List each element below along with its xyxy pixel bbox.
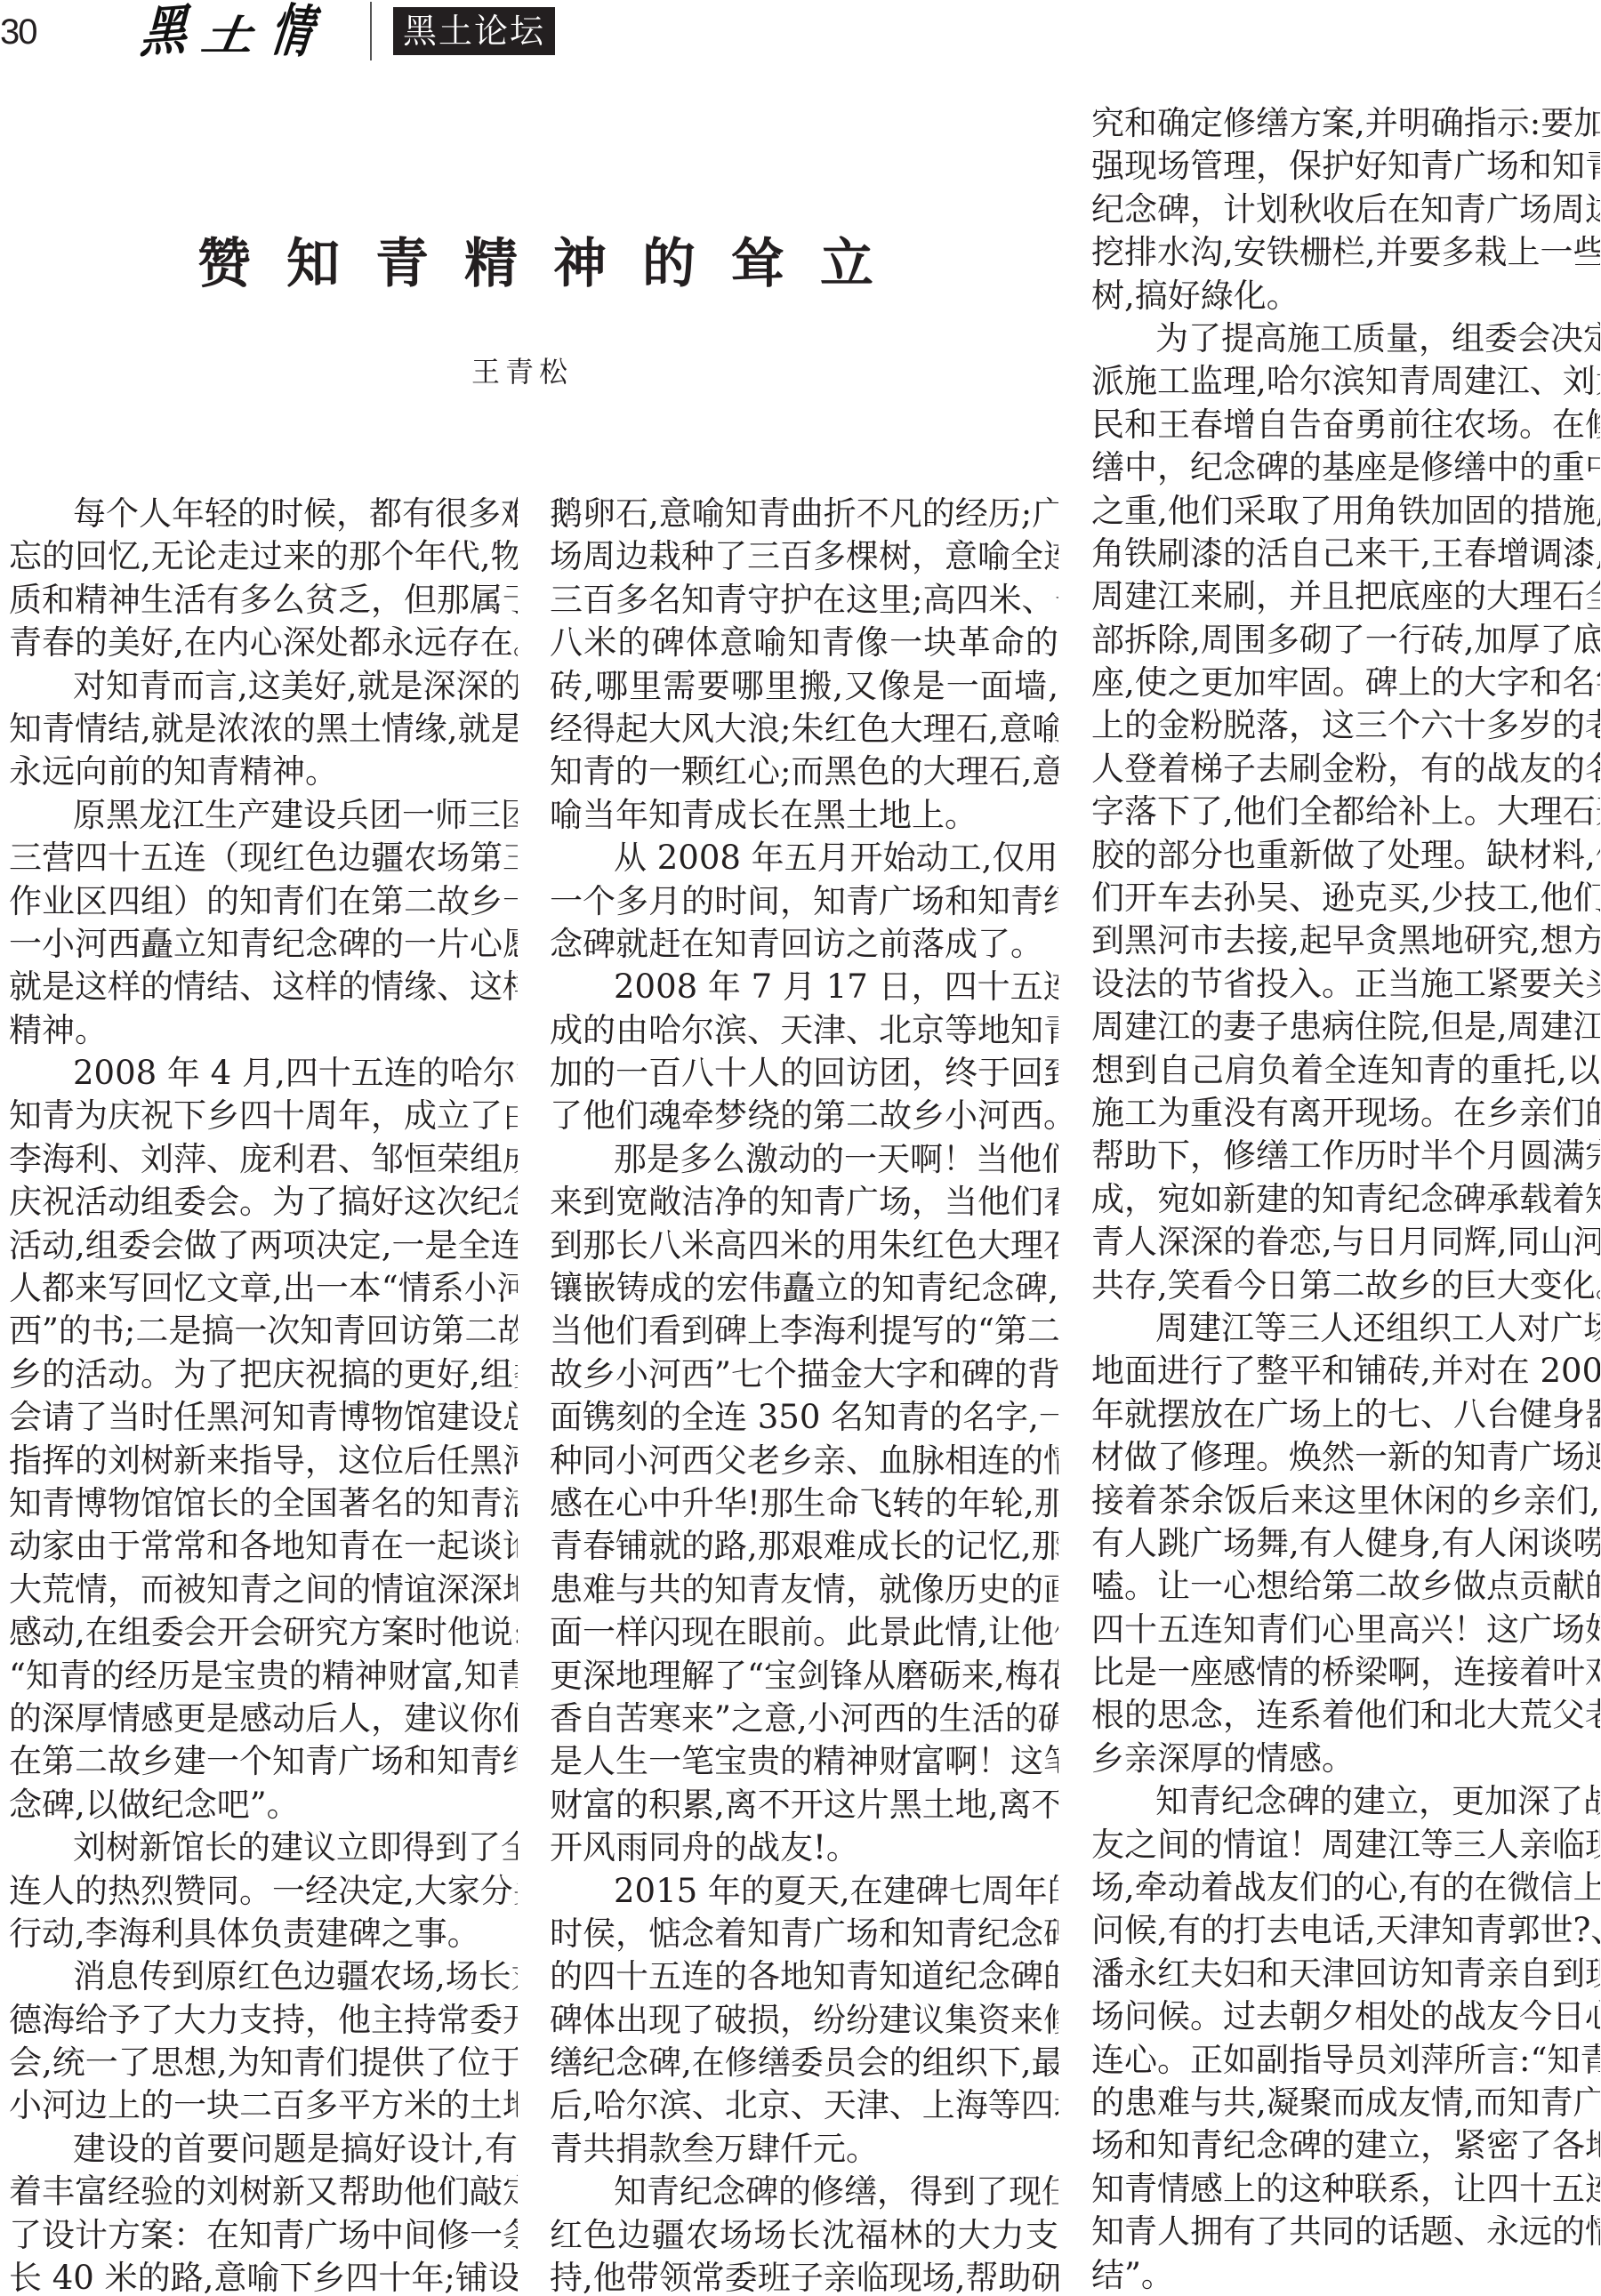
body-column-1: 每个人年轻的时候，都有很多难忘的回忆,无论走过来的那个年代,物质和精神生活有多么… [9, 493, 518, 2296]
text-line: 会请了当时任黑河知青博物馆建设总 [9, 1396, 518, 1439]
text-line: 共存,笑看今日第二故乡的巨大变化。 [1091, 1264, 1600, 1307]
text-line: 青人深深的眷恋,与日月同辉,同山河 [1091, 1221, 1600, 1264]
text-line: 财富的积累,离不开这片黑土地,离不 [550, 1784, 1058, 1826]
text-line: 加的一百八十人的回访团，终于回到 [550, 1052, 1058, 1095]
text-line: 知青人拥有了共同的话题、永远的情 [1091, 2211, 1600, 2253]
text-line: 故乡小河西”七个描金大字和碑的背 [550, 1353, 1058, 1396]
text-line: 2015 年的夏天,在建碑七周年的 [550, 1870, 1058, 1913]
text-line: 嗑。让一心想给第二故乡做点贡献的 [1091, 1565, 1600, 1608]
title-char: 精 [464, 233, 518, 295]
text-line: 场,牵动着战友们的心,有的在微信上 [1091, 1867, 1600, 1909]
text-line: 面镌刻的全连 350 名知青的名字,一 [550, 1396, 1058, 1439]
text-line: 青共捐款叁万肆仟元。 [550, 2128, 1058, 2171]
text-line: 的深厚情感更是感动后人，建议你们 [9, 1698, 518, 1740]
text-line: 胶的部分也重新做了处理。缺材料,他 [1091, 834, 1600, 877]
text-line: 那是多么激动的一天啊！当他们 [550, 1138, 1058, 1181]
text-line: 座,使之更加牢固。碑上的大字和名字 [1091, 662, 1600, 704]
logo-char: 黑 [139, 0, 189, 64]
text-line: 大荒情，而被知青之间的情谊深深地 [9, 1569, 518, 1611]
text-line: 面一样闪现在眼前。此景此情,让他们 [550, 1611, 1058, 1654]
text-line: 青春铺就的路,那艰难成长的记忆,那 [550, 1525, 1058, 1568]
text-line: 着丰富经验的刘树新又帮助他们敲定 [9, 2171, 518, 2213]
text-line: 知青纪念碑的修缮，得到了现任 [550, 2171, 1058, 2213]
text-line: “知青的经历是宝贵的精神财富,知青 [9, 1655, 518, 1698]
text-line: 三百多名知青守护在这里;高四米、长 [550, 579, 1058, 622]
text-line: 乡亲深厚的情感。 [1091, 1738, 1600, 1780]
text-line: 材做了修理。焕然一新的知青广场迎 [1091, 1436, 1600, 1479]
text-line: 年就摆放在广场上的七、八台健身器 [1091, 1393, 1600, 1436]
text-line: 知青的一颗红心;而黑色的大理石,意 [550, 751, 1058, 793]
author-byline: 王青松 [471, 352, 596, 391]
text-line: 接着茶余饭后来这里休闲的乡亲们, [1091, 1480, 1600, 1522]
text-line: 李海利、刘萍、庞利君、邹恒荣组成的 [9, 1138, 518, 1181]
text-line: 上的金粉脱落，这三个六十多岁的老 [1091, 704, 1600, 747]
text-line: 种同小河西父老乡亲、血脉相连的情 [550, 1440, 1058, 1482]
text-line: 每个人年轻的时候，都有很多难 [9, 493, 518, 535]
text-line: 有人跳广场舞,有人健身,有人闲谈唠 [1091, 1522, 1600, 1565]
text-line: 三营四十五连（现红色边疆农场第三 [9, 837, 518, 879]
text-line: 在第二故乡建一个知青广场和知青纪 [9, 1740, 518, 1783]
text-line: 感动,在组委会开会研究方案时他说: [9, 1611, 518, 1654]
text-line: 的患难与共,凝聚而成友情,而知青广 [1091, 2082, 1600, 2124]
text-line: 刘树新馆长的建议立即得到了全 [9, 1826, 518, 1869]
body-column-2: 鹅卵石,意喻知青曲折不凡的经历;广场周边栽种了三百多棵树，意喻全连三百多名知青守… [550, 493, 1058, 2296]
text-line: 周建江来刷，并且把底座的大理石全 [1091, 575, 1600, 618]
text-line: 时侯，惦念着知青广场和知青纪念碑 [550, 1913, 1058, 1955]
text-line: 想到自己肩负着全连知青的重托,以 [1091, 1049, 1600, 1092]
text-line: 从 2008 年五月开始动工,仅用了 [550, 837, 1058, 879]
text-line: 四十五连知青们心里高兴！这广场好 [1091, 1609, 1600, 1651]
text-line: 感在心中升华!那生命飞转的年轮,那 [550, 1482, 1058, 1525]
article-title: 赞 知 青 精 神 的 耸 立 [197, 233, 873, 295]
text-line: 周建江的妻子患病住院,但是,周建江 [1091, 1006, 1600, 1048]
magazine-logo: 黑 土 情 [135, 2, 321, 60]
title-char: 知 [286, 233, 340, 295]
text-line: 强现场管理，保护好知青广场和知青 [1091, 145, 1600, 188]
title-char: 青 [375, 233, 429, 295]
text-line: 红色边疆农场场长沈福林的大力支 [550, 2214, 1058, 2257]
text-line: 指挥的刘树新来指导，这位后任黑河 [9, 1440, 518, 1482]
text-line: 设法的节省投入。正当施工紧要关头, [1091, 963, 1600, 1006]
text-line: 潘永红夫妇和天津回访知青亲自到现 [1091, 1953, 1600, 1995]
text-line: 小河边上的一块二百多平方米的土地。 [9, 2084, 518, 2127]
text-line: 一小河西矗立知青纪念碑的一片心愿 [9, 923, 518, 966]
text-line: 青春的美好,在内心深处都永远存在。 [9, 622, 518, 664]
body-column-3: 究和确定修缮方案,并明确指示:要加强现场管理，保护好知青广场和知青纪念碑，计划秋… [1091, 102, 1600, 2296]
text-line: 庆祝活动组委会。为了搞好这次纪念 [9, 1181, 518, 1224]
text-line: 砖,哪里需要哪里搬,又像是一面墙, [550, 665, 1058, 708]
text-line: 消息传到原红色边疆农场,场长刘 [9, 1955, 518, 1998]
text-line: 根的思念，连系着他们和北大荒父老 [1091, 1694, 1600, 1737]
text-line: 纪念碑，计划秋收后在知青广场周边 [1091, 189, 1600, 231]
text-line: 地面进行了整平和铺砖,并对在 2008 [1091, 1350, 1600, 1393]
text-line: 部拆除,周围多砌了一行砖,加厚了底 [1091, 619, 1600, 662]
text-line: 碑体出现了破损，纷纷建议集资来修 [550, 1999, 1058, 2042]
text-line: 场周边栽种了三百多棵树，意喻全连 [550, 535, 1058, 578]
text-line: 树,搞好綠化。 [1091, 275, 1600, 317]
title-char: 立 [820, 233, 873, 295]
text-line: 西”的书;二是搞一次知青回访第二故 [9, 1310, 518, 1353]
text-line: 缮中，纪念碑的基座是修缮中的重中 [1091, 446, 1600, 489]
text-line: 人都来写回忆文章,出一本“情系小河 [9, 1267, 518, 1310]
logo-char: 情 [267, 0, 317, 65]
text-line: 结”。 [1091, 2254, 1600, 2296]
text-line: 知青为庆祝下乡四十周年，成立了由 [9, 1095, 518, 1137]
text-line: 问候,有的打去电话,天津知青郭世?、 [1091, 1909, 1600, 1952]
text-line: 为了提高施工质量，组委会决定 [1091, 317, 1600, 360]
text-line: 是人生一笔宝贵的精神财富啊！这笔 [550, 1740, 1058, 1783]
text-line: 来到宽敞洁净的知青广场，当他们看 [550, 1181, 1058, 1224]
text-line: 知青情感上的这种联系，让四十五连 [1091, 2168, 1600, 2211]
text-line: 了设计方案：在知青广场中间修一条 [9, 2214, 518, 2257]
text-line: 念碑,以做纪念吧”。 [9, 1784, 518, 1826]
text-line: 们开车去孙吴、逊克买,少技工,他们 [1091, 877, 1600, 919]
text-line: 对知青而言,这美好,就是深深的 [9, 665, 518, 708]
text-line: 作业区四组）的知青们在第二故乡一 [9, 880, 518, 923]
text-line: 人登着梯子去刷金粉，有的战友的名 [1091, 748, 1600, 791]
text-line: 字落下了,他们全都给补上。大理石开 [1091, 791, 1600, 833]
title-char: 神 [553, 233, 607, 295]
text-line: 知青博物馆馆长的全国著名的知青活 [9, 1482, 518, 1525]
text-line: 镶嵌铸成的宏伟矗立的知青纪念碑, [550, 1267, 1058, 1310]
title-char: 耸 [731, 233, 784, 295]
text-line: 精神。 [9, 1009, 518, 1052]
text-line: 喻当年知青成长在黑土地上。 [550, 794, 1058, 837]
text-line: 周建江等三人还组织工人对广场 [1091, 1307, 1600, 1350]
text-line: 建设的首要问题是搞好设计,有 [9, 2128, 518, 2171]
text-line: 动家由于常常和各地知青在一起谈论 [9, 1525, 518, 1568]
text-line: 究和确定修缮方案,并明确指示:要加 [1091, 102, 1600, 145]
text-line: 到那长八米高四米的用朱红色大理石 [550, 1224, 1058, 1267]
text-line: 了他们魂牵梦绕的第二故乡小河西。 [550, 1095, 1058, 1137]
page-number: 30 [0, 14, 36, 50]
text-line: 长 40 米的路,意喻下乡四十年;铺设 [9, 2257, 518, 2296]
text-line: 更深地理解了“宝剑锋从磨砺来,梅花 [550, 1655, 1058, 1698]
text-line: 忘的回忆,无论走过来的那个年代,物 [9, 535, 518, 578]
text-line: 连心。正如副指导员刘萍所言:“知青 [1091, 2039, 1600, 2082]
title-char: 的 [642, 233, 696, 295]
text-line: 帮助下，修缮工作历时半个月圆满完 [1091, 1135, 1600, 1177]
text-line: 缮纪念碑,在修缮委员会的组织下,最 [550, 2042, 1058, 2084]
text-line: 施工为重没有离开现场。在乡亲们的 [1091, 1092, 1600, 1135]
text-line: 会,统一了思想,为知青们提供了位于 [9, 2042, 518, 2084]
title-char: 赞 [197, 233, 251, 295]
text-line: 鹅卵石,意喻知青曲折不凡的经历;广 [550, 493, 1058, 535]
text-line: 德海给予了大力支持，他主持常委开 [9, 1999, 518, 2042]
text-line: 永远向前的知青精神。 [9, 751, 518, 793]
text-line: 知青情结,就是浓浓的黑土情缘,就是 [9, 708, 518, 751]
text-line: 当他们看到碑上李海利提写的“第二 [550, 1310, 1058, 1353]
text-line: 念碑就赶在知青回访之前落成了。 [550, 923, 1058, 966]
text-line: 知青纪念碑的建立，更加深了战 [1091, 1780, 1600, 1823]
text-line: 成，宛如新建的知青纪念碑承载着知 [1091, 1178, 1600, 1221]
text-line: 之重,他们采取了用角铁加固的措施, [1091, 490, 1600, 533]
text-line: 一个多月的时间，知青广场和知青纪 [550, 880, 1058, 923]
text-line: 场和知青纪念碑的建立，紧密了各地 [1091, 2124, 1600, 2167]
text-line: 2008 年 7 月 17 日，四十五连组 [550, 966, 1058, 1008]
text-line: 友之间的情谊！周建江等三人亲临现 [1091, 1824, 1600, 1867]
text-line: 民和王春增自告奋勇前往农场。在修 [1091, 404, 1600, 446]
text-line: 2008 年 4 月,四十五连的哈尔滨 [9, 1052, 518, 1095]
text-line: 行动,李海利具体负责建碑之事。 [9, 1913, 518, 1955]
text-line: 质和精神生活有多么贫乏，但那属于 [9, 579, 518, 622]
text-line: 活动,组委会做了两项决定,一是全连 [9, 1224, 518, 1267]
text-line: 八米的碑体意喻知青像一块革命的 [550, 622, 1058, 664]
section-tag: 黑土论坛 [393, 7, 555, 55]
text-line: 经得起大风大浪;朱红色大理石,意喻 [550, 708, 1058, 751]
text-line: 的四十五连的各地知青知道纪念碑的 [550, 1955, 1058, 1998]
logo-char: 土 [199, 12, 256, 59]
text-line: 挖排水沟,安铁栅栏,并要多栽上一些 [1091, 231, 1600, 274]
text-line: 乡的活动。为了把庆祝搞的更好,组委 [9, 1353, 518, 1396]
text-line: 就是这样的情结、这样的情缘、这样的 [9, 966, 518, 1008]
text-line: 后,哈尔滨、北京、天津、上海等四地知 [550, 2084, 1058, 2127]
text-line: 开风雨同舟的战友!。 [550, 1826, 1058, 1869]
text-line: 香自苦寒来”之意,小河西的生活的确 [550, 1698, 1058, 1740]
text-line: 到黑河市去接,起早贪黑地研究,想方 [1091, 919, 1600, 962]
header-divider [370, 2, 372, 60]
text-line: 角铁刷漆的活自己来干,王春增调漆, [1091, 533, 1600, 575]
text-line: 持,他带领常委班子亲临现场,帮助研 [550, 2257, 1058, 2296]
text-line: 原黑龙江生产建设兵团一师三团 [9, 794, 518, 837]
text-line: 比是一座感情的桥梁啊，连接着叶对 [1091, 1651, 1600, 1694]
text-line: 派施工监理,哈尔滨知青周建江、刘大 [1091, 360, 1600, 403]
text-line: 场问候。过去朝夕相处的战友今日心 [1091, 1995, 1600, 2038]
text-line: 连人的热烈赞同。一经决定,大家分头 [9, 1870, 518, 1913]
text-line: 成的由哈尔滨、天津、北京等地知青参 [550, 1009, 1058, 1052]
text-line: 患难与共的知青友情，就像历史的画 [550, 1569, 1058, 1611]
